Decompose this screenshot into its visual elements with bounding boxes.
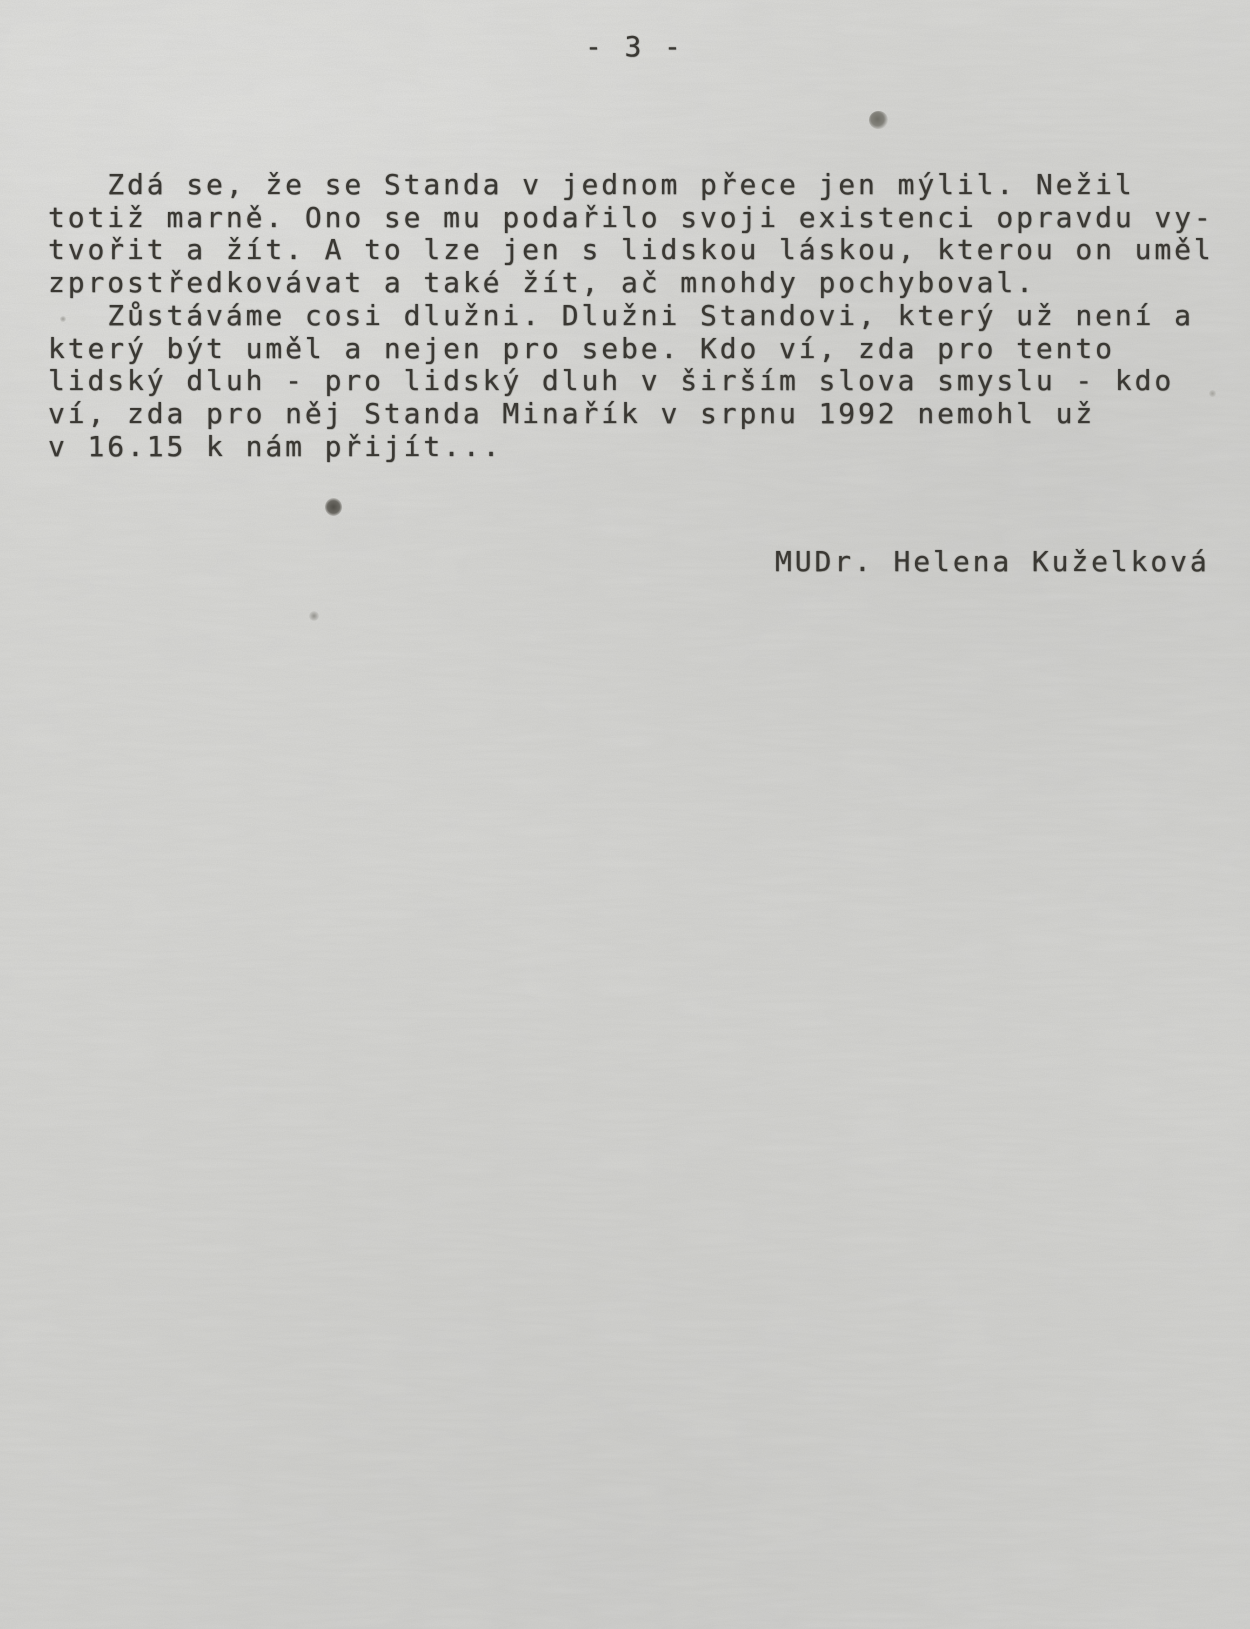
text-line: Zůstáváme cosi dlužni. Dlužni Standovi, … — [48, 300, 1214, 333]
text-line: v 16.15 k nám přijít... — [48, 431, 1214, 464]
signature-line: MUDr. Helena Kuželková — [775, 546, 1210, 579]
stain-speck — [309, 611, 319, 621]
text-line: totiž marně. Ono se mu podařilo svoji ex… — [48, 202, 1214, 235]
text-line: lidský dluh - pro lidský dluh v širším s… — [48, 365, 1214, 398]
text-line: Zdá se, že se Standa v jednom přece jen … — [48, 169, 1214, 202]
text-line: tvořit a žít. A to lze jen s lidskou lás… — [48, 234, 1214, 267]
text-line: který být uměl a nejen pro sebe. Kdo ví,… — [48, 333, 1214, 366]
text-line: ví, zda pro něj Standa Minařík v srpnu 1… — [48, 398, 1214, 431]
page-number: - 3 - — [585, 31, 684, 64]
document-page: - 3 - Zdá se, že se Standa v jednom přec… — [0, 0, 1250, 1629]
body-text: Zdá se, že se Standa v jednom přece jen … — [48, 169, 1214, 463]
text-line: zprostředkovávat a také žít, ač mnohdy p… — [48, 267, 1214, 300]
stain-speck — [325, 498, 342, 516]
stain-speck — [869, 111, 888, 129]
